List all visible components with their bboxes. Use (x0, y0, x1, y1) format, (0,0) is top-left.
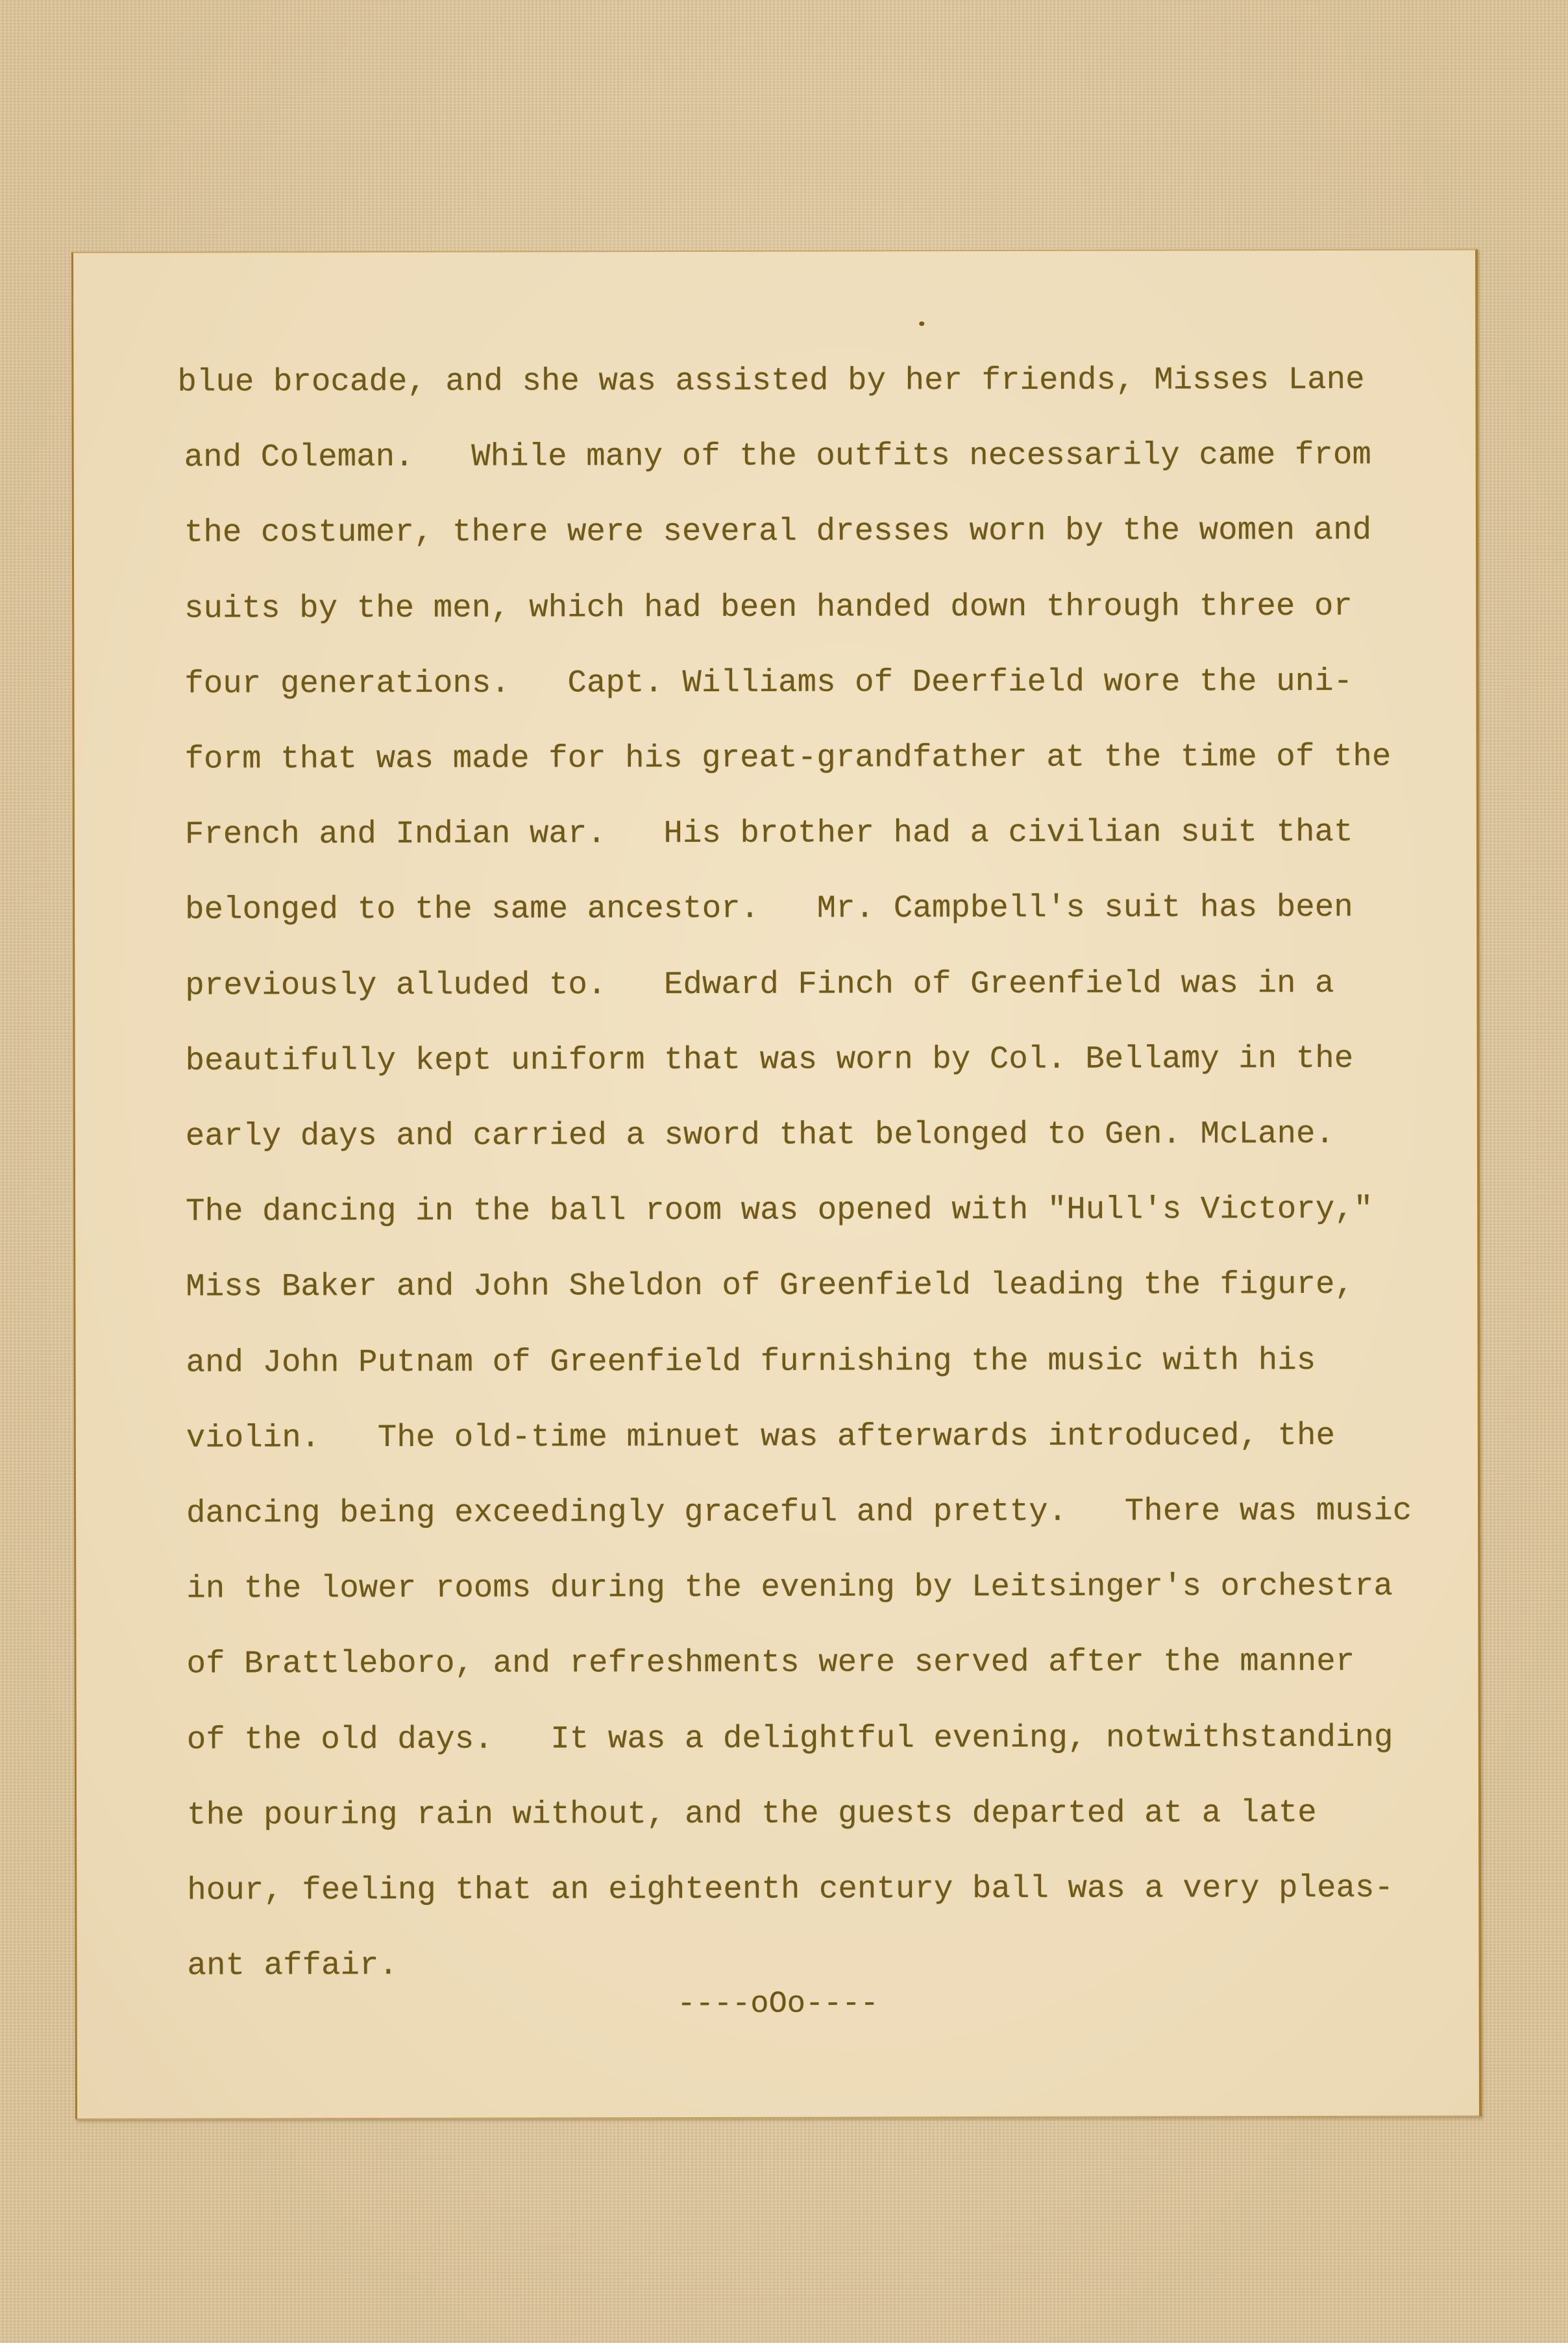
text-line: and Coleman. While many of the outfits n… (184, 439, 1371, 474)
text-line: belonged to the same ancestor. Mr. Campb… (185, 892, 1353, 926)
text-line: Miss Baker and John Sheldon of Greenfiel… (186, 1269, 1354, 1303)
text-line: hour, feeling that an eighteenth century… (187, 1872, 1393, 1907)
text-line: blue brocade, and she was assisted by he… (177, 364, 1364, 399)
typewritten-page: blue brocade, and she was assisted by he… (71, 249, 1482, 2120)
text-line: ant affair. (187, 1950, 398, 1982)
text-line: the pouring rain without, and the guests… (187, 1797, 1317, 1832)
text-line: form that was made for his great-grandfa… (185, 741, 1391, 776)
text-line: of the old days. It was a delightful eve… (187, 1721, 1393, 1756)
text-line: and John Putnam of Greenfield furnishing… (186, 1345, 1316, 1379)
ink-speck (919, 321, 924, 326)
section-separator: ----oOo---- (77, 1987, 1479, 2021)
text-line: dancing being exceedingly graceful and p… (186, 1495, 1412, 1530)
text-line: previously alluded to. Edward Finch of G… (185, 968, 1334, 1002)
text-line: four generations. Capt. Williams of Deer… (184, 666, 1353, 700)
page-text-body: blue brocade, and she was assisted by he… (73, 250, 1475, 253)
text-line: The dancing in the ball room was opened … (186, 1194, 1373, 1228)
text-line: early days and carried a sword that belo… (186, 1118, 1334, 1153)
text-line: of Brattleboro, and refreshments were se… (187, 1646, 1355, 1680)
text-line: French and Indian war. His brother had a… (185, 816, 1353, 851)
text-line: beautifully kept uniform that was worn b… (186, 1043, 1354, 1077)
text-line: in the lower rooms during the evening by… (186, 1571, 1393, 1605)
text-line: suits by the men, which had been handed … (184, 590, 1353, 624)
text-line: the costumer, there were several dresses… (184, 515, 1371, 549)
text-line: violin. The old-time minuet was afterwar… (186, 1420, 1335, 1454)
